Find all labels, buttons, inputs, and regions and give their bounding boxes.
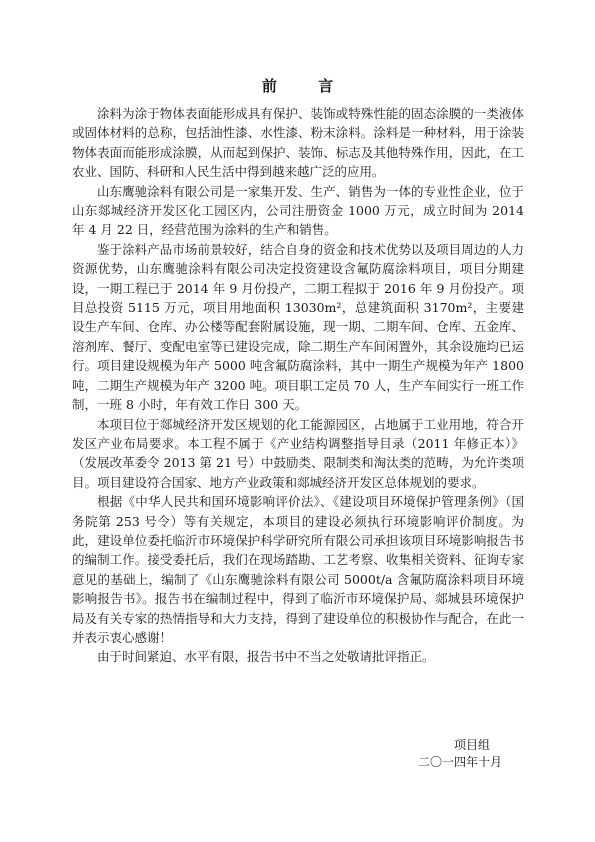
- preface-body: 涂料为涂于物体表面能形成具有保护、装饰或特殊性能的固态涂膜的一类液体或固体材料的…: [72, 104, 524, 667]
- paragraph-company: 山东鹰驰涂料有限公司是一家集开发、生产、销售为一体的专业性企业，位于山东郯城经济…: [72, 182, 524, 240]
- document-page: 前 言 涂料为涂于物体表面能形成具有保护、装饰或特殊性能的固态涂膜的一类液体或固…: [0, 0, 595, 842]
- date: 二〇一四年十月: [380, 754, 540, 770]
- paragraph-policy: 本项目位于郯城经济开发区规划的化工能源园区，占地属于工业用地，符合开发区产业布局…: [72, 415, 524, 493]
- page-title: 前 言: [0, 77, 595, 95]
- signature: 项目组: [392, 737, 552, 753]
- paragraph-project: 鉴于涂料产品市场前景较好，结合自身的资金和技术优势以及项目周边的人力资源优势，山…: [72, 240, 524, 415]
- paragraph-closing: 由于时间紧迫、水平有限，报告书中不当之处敬请批评指正。: [72, 647, 524, 666]
- paragraph-assessment: 根据《中华人民共和国环境影响评价法》、《建设项目环境保护管理条例》（国务院第 2…: [72, 492, 524, 647]
- paragraph-intro: 涂料为涂于物体表面能形成具有保护、装饰或特殊性能的固态涂膜的一类液体或固体材料的…: [72, 104, 524, 182]
